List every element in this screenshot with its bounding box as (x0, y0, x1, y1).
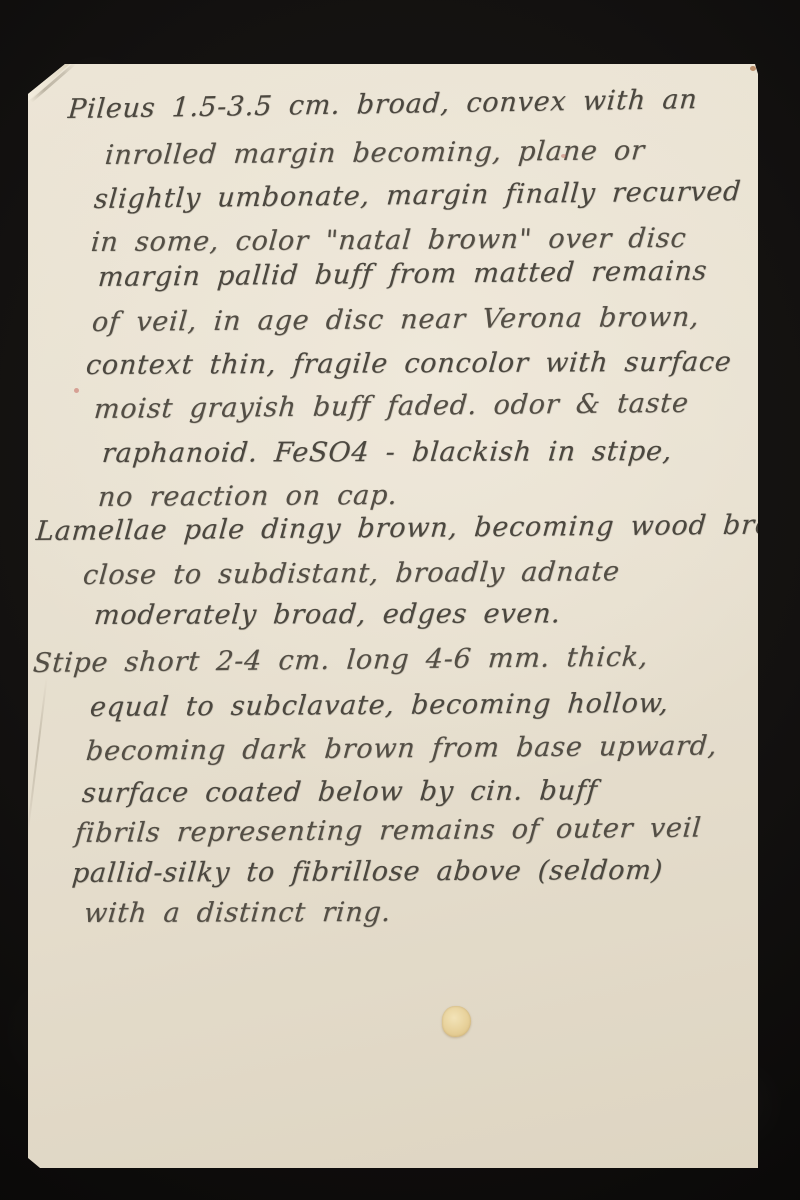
corner-stain-speck (750, 66, 756, 71)
handwritten-line: Pileus 1.5-3.5 cm. broad, convex with an (67, 80, 699, 130)
photo-backdrop: Pileus 1.5-3.5 cm. broad, convex with an… (0, 0, 800, 1200)
handwritten-line: raphanoid. FeSO4 - blackish in stipe, (100, 432, 674, 474)
note-paper: Pileus 1.5-3.5 cm. broad, convex with an… (28, 64, 758, 1168)
paper-hole (442, 1006, 471, 1037)
handwritten-line: Stipe short 2-4 cm. long 4-6 mm. thick, (31, 638, 649, 684)
handwritten-line: context thin, fragile concolor with surf… (84, 343, 733, 386)
handwritten-line: moderately broad, edges even. (92, 594, 562, 636)
handwritten-line: slightly umbonate, margin finally recurv… (92, 172, 742, 220)
handwritten-line: with a distinct ring. (82, 893, 392, 934)
handwritten-line: pallid-silky to fibrillose above (seldom… (70, 851, 664, 894)
handwritten-line: of veil, in age disc near Verona brown, (90, 298, 701, 343)
handwritten-line: close to subdistant, broadly adnate (81, 552, 621, 596)
handwritten-line: equal to subclavate, becoming hollow, (88, 684, 670, 728)
handwritten-line: margin pallid buff from matted remains (96, 252, 708, 298)
handwritten-line: moist grayish buff faded. odor & taste (92, 384, 690, 430)
handwritten-line: becoming dark brown from base upward, (84, 726, 718, 772)
handwritten-line: Lamellae pale dingy brown, becoming wood… (34, 505, 800, 552)
handwritten-line: fibrils representing remains of outer ve… (73, 809, 703, 854)
left-edge-crease (26, 676, 47, 835)
red-speck (561, 154, 566, 158)
handwritten-line: surface coated below by cin. buff (80, 771, 599, 814)
red-speck (74, 388, 79, 393)
